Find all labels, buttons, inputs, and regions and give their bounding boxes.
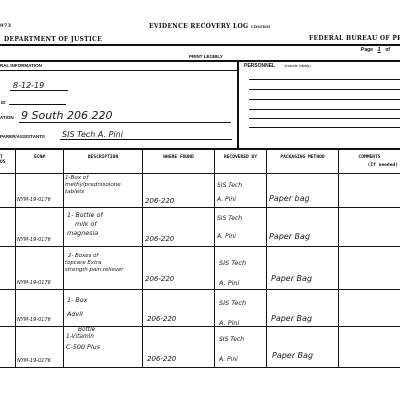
description-line: C-500 Plus — [66, 344, 100, 351]
where-found-cell: 206-220 — [147, 316, 176, 323]
ecn-cell: NYM-19-0176 — [17, 197, 51, 204]
description-cell: 1-Box of methylprednisolone tablets — [65, 175, 121, 196]
location-field[interactable]: 9 South 206 220 — [19, 109, 231, 123]
packaging-cell: Paper Bag — [272, 352, 313, 359]
recovered-by-line: SIS Tech — [217, 210, 242, 228]
recovered-by-cell: SIS Tech A. Pini — [219, 330, 244, 370]
col-header-comments-sub: (If needed) — [339, 163, 400, 168]
personnel-title: PERSONNEL — [244, 63, 275, 69]
table-top-rule — [0, 148, 400, 150]
form-number: 973 — [0, 23, 11, 29]
description-line: tablets — [65, 189, 121, 196]
personnel-note: (include initials) — [284, 64, 310, 68]
where-found-cell: 206-220 — [145, 236, 174, 243]
col-header-comments: COMMENTS (If needed) — [339, 155, 400, 168]
department-name: DEPARTMENT OF JUSTICE — [4, 36, 102, 43]
table-row[interactable]: NYM-19-0176 1- Bottle of milk of magnesi… — [0, 208, 400, 246]
personnel-line-1[interactable] — [249, 79, 400, 80]
general-info-rule — [0, 70, 237, 71]
col-header-comments-label: COMMENTS — [339, 155, 400, 160]
personnel-line-5[interactable] — [249, 118, 400, 119]
personnel-line-2[interactable] — [249, 89, 400, 90]
description-line: milk of — [67, 220, 103, 229]
date-field[interactable]: 8-12-19 — [10, 81, 68, 91]
description-line: Bottle — [66, 327, 100, 334]
ecn-cell: NYM-19-0176 — [17, 237, 51, 244]
page-label: Page — [361, 47, 373, 53]
col-header-description: DESCRIPTION — [64, 155, 142, 160]
col-header-0: T OS — [0, 155, 15, 165]
description-cell: 2- Boxes of topcare Extra strength pain … — [65, 253, 123, 274]
where-found-cell: 206-220 — [145, 276, 174, 283]
id-label: ID — [1, 100, 6, 105]
page-number[interactable]: 1 — [374, 47, 383, 53]
table-row[interactable]: NYM-19-0176 2- Boxes of topcare Extra st… — [0, 247, 400, 289]
recovered-by-line: SIS Tech — [219, 330, 244, 350]
description-line: 2- Boxes of — [65, 253, 123, 260]
col-header-ecn: ECN# — [16, 155, 63, 160]
description-line: strength pain reliever — [65, 267, 123, 274]
bureau-name: FEDERAL BUREAU OF PRI — [309, 35, 400, 42]
print-legibly-label: PRINT LEGIBLY — [189, 54, 223, 59]
location-label: ATION — [0, 115, 14, 120]
table-row[interactable]: NYM-19-0176 1-Box of methylprednisolone … — [0, 174, 400, 207]
page-indicator: Page 1 of — [361, 47, 390, 53]
recovered-by-cell: SIS Tech A. Pini — [217, 179, 242, 207]
description-line: 1- Box — [67, 293, 87, 307]
description-line: Advil — [67, 307, 87, 321]
description-line: 1-Vitamin — [66, 334, 100, 341]
header-rule — [0, 44, 400, 46]
packaging-cell: Paper Bag — [269, 233, 310, 240]
description-cell: Bottle 1-Vitamin C-500 Plus — [66, 327, 100, 351]
page-of-label: of — [385, 47, 390, 53]
recovered-by-line: SIS Tech — [217, 179, 242, 193]
col-header-packaging: PACKAGING METHOD — [267, 155, 338, 160]
recovered-by-cell: SIS Tech A. Pini — [217, 210, 242, 246]
personnel-line-6[interactable] — [249, 127, 400, 128]
recovered-by-line: A. Pini — [217, 228, 242, 246]
recovered-by-line: A. Pini — [217, 193, 242, 207]
recovered-by-line: SIS Tech — [219, 293, 246, 313]
description-line: magnesia — [67, 229, 103, 238]
description-cell: 1- Box Advil — [67, 293, 87, 321]
id-field[interactable] — [9, 104, 66, 105]
where-found-cell: 206-220 — [147, 356, 176, 363]
row-divider-5 — [0, 367, 400, 368]
ecn-cell: NYM-19-0176 — [17, 317, 51, 324]
col-header-recovered-by: RECOVERED BY — [215, 155, 266, 160]
packaging-cell: Paper bag — [269, 195, 310, 202]
personnel-line-3[interactable] — [249, 99, 400, 100]
packaging-cell: Paper Bag — [271, 315, 312, 322]
description-cell: 1- Bottle of milk of magnesia — [67, 211, 103, 238]
personnel-line-4[interactable] — [249, 109, 400, 110]
table-row[interactable]: NYM-19-0176 Bottle 1-Vitamin C-500 Plus … — [0, 327, 400, 367]
packaging-cell: Paper Bag — [271, 275, 312, 282]
ecn-cell: NYM-19-0176 — [17, 358, 51, 365]
description-line: 1- Bottle of — [67, 211, 103, 220]
preparer-field[interactable]: SIS Tech A. Pini — [60, 130, 232, 140]
recovered-by-line: SIS Tech — [219, 253, 246, 273]
col-header-0-sub: OS — [0, 160, 15, 165]
preparer-label: PARER/ASSISTANTS — [0, 134, 45, 139]
personnel-divider — [237, 60, 239, 149]
form-title-text: EVIDENCE RECOVERY LOG — [149, 23, 248, 30]
recovered-by-cell: SIS Tech A. Pini — [219, 253, 246, 293]
ecn-cell: NYM-19-0176 — [17, 280, 51, 287]
where-found-cell: 206-220 — [145, 198, 174, 205]
recovered-by-line: A. Pini — [219, 350, 244, 370]
description-line: methylprednisolone — [65, 182, 121, 189]
personnel-label: PERSONNEL (include initials) — [244, 63, 311, 69]
description-line: 1-Box of — [65, 175, 121, 182]
general-info-label: RAL INFORMATION — [0, 63, 42, 68]
form-title: EVIDENCE RECOVERY LOG CDSFRM — [149, 23, 270, 30]
form-title-code: CDSFRM — [251, 25, 270, 29]
description-line: topcare Extra — [65, 260, 123, 267]
table-row[interactable]: NYM-19-0176 1- Box Advil 206-220 SIS Tec… — [0, 290, 400, 326]
col-header-where-found: WHERE FOUND — [143, 155, 214, 160]
section-rule — [0, 60, 400, 62]
